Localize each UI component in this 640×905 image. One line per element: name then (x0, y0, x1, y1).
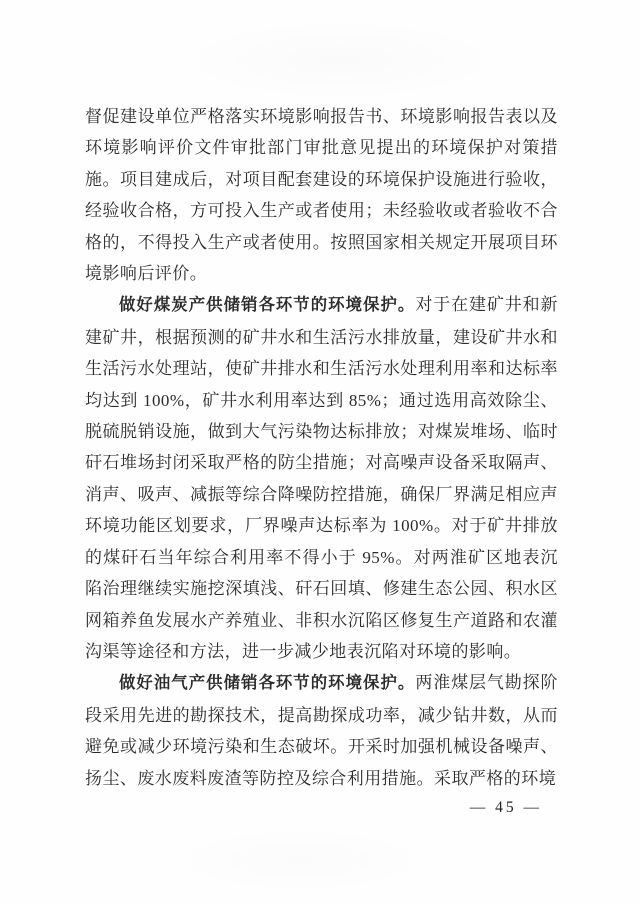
paragraph: 做好煤炭产供储销各环节的环境保护。对于在建矿井和新建矿井，根据预测的矿井水和生活… (85, 289, 558, 667)
paragraph-lead-bold-text: 做好油气产供储销各环节的环境保护。 (119, 674, 415, 692)
page-number-label: — 45 — (470, 799, 542, 817)
paragraph: 做好油气产供储销各环节的环境保护。两淮煤层气勘探阶段采用先进的勘探技术，提高勘探… (85, 667, 558, 794)
page-footer: — 45 — (0, 799, 640, 817)
paragraph-text: 对于在建矿井和新建矿井，根据预测的矿井水和生活污水排放量，建设矿井水和生活污水处… (85, 295, 558, 660)
document-page: 督促建设单位严格落实环境影响报告书、环境影响报告表以及环境影响评价文件审批部门审… (0, 0, 640, 905)
paragraph: 督促建设单位严格落实环境影响报告书、环境影响报告表以及环境影响评价文件审批部门审… (85, 101, 558, 289)
paragraph-lead-bold-text: 做好煤炭产供储销各环节的环境保护。 (119, 296, 415, 314)
document-body: 督促建设单位严格落实环境影响报告书、环境影响报告表以及环境影响评价文件审批部门审… (85, 101, 558, 794)
paragraph-text: 督促建设单位严格落实环境影响报告书、环境影响报告表以及环境影响评价文件审批部门审… (85, 107, 558, 283)
